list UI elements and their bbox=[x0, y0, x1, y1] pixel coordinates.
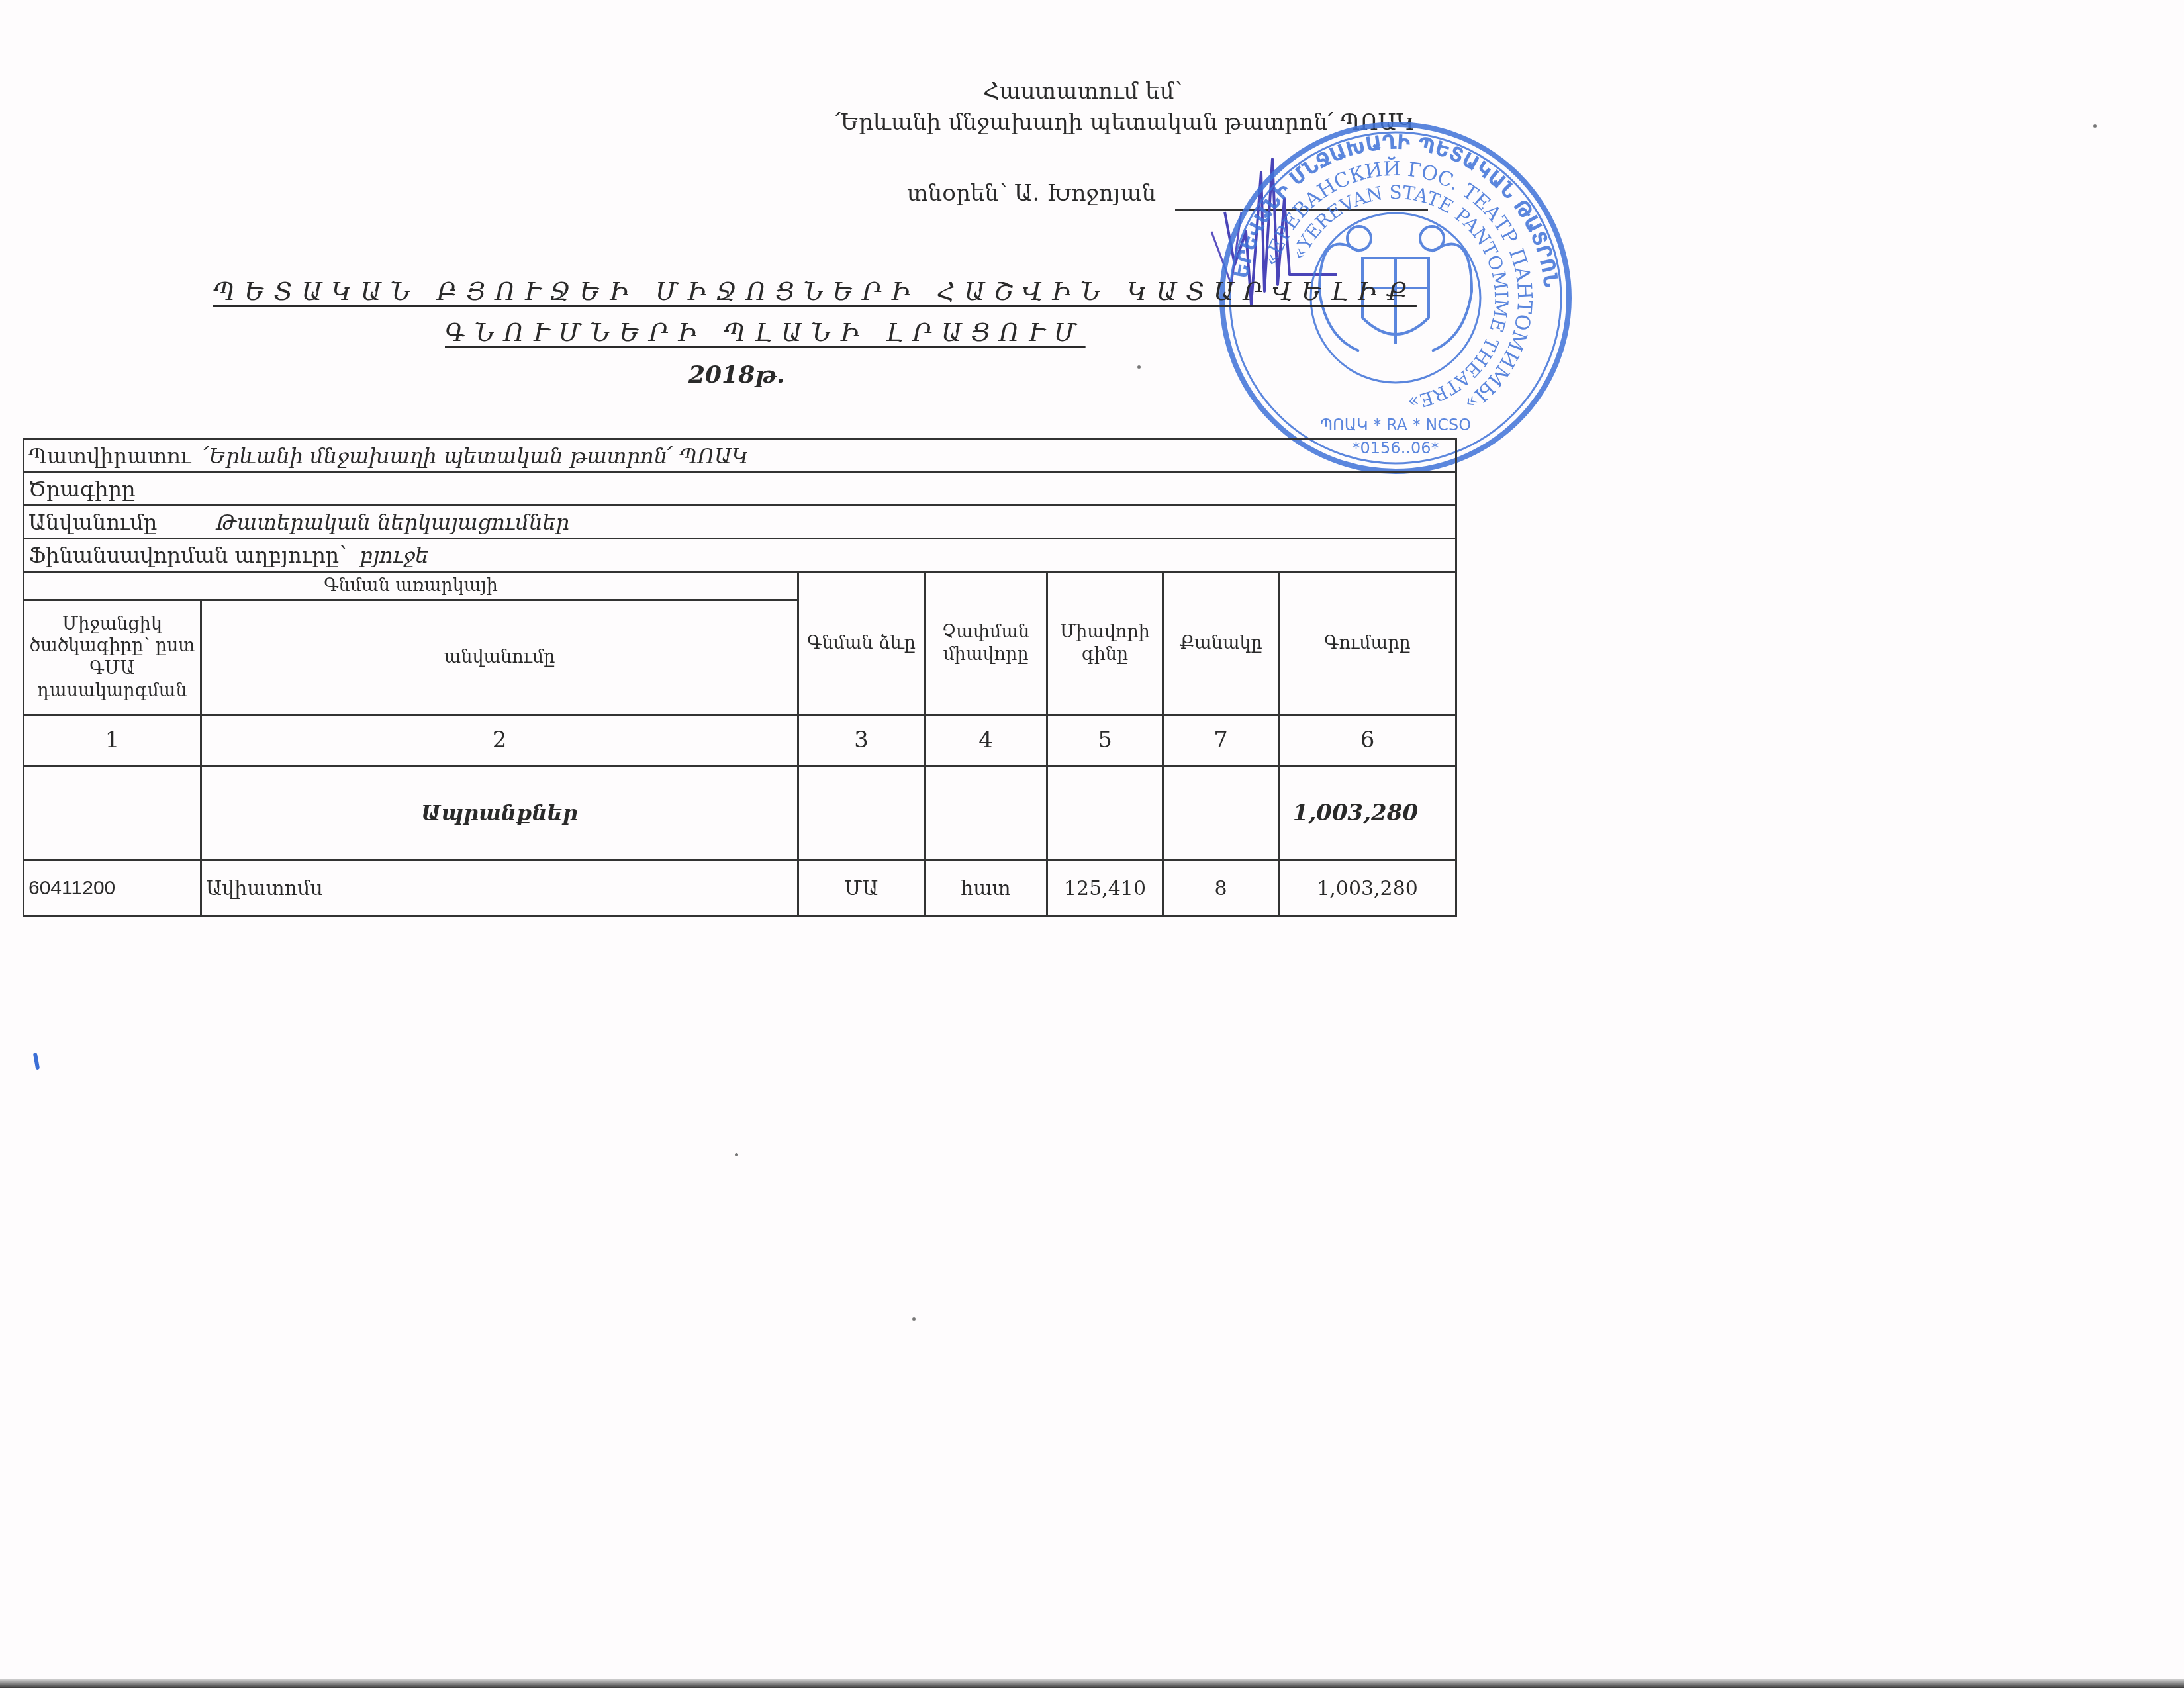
item-name: Ավիատոմս bbox=[201, 861, 798, 917]
column-number: 1 bbox=[24, 715, 201, 766]
header-cpv-code: Միջանցիկ ծածկագիրը՝ ըստ ԳՄԱ դասակարգման bbox=[24, 600, 201, 715]
column-number-row: 1 2 3 4 5 7 6 bbox=[24, 715, 1456, 766]
approval-label: Հաստատում եմ՝ bbox=[983, 78, 1182, 105]
name-value: Թատերական ներկայացումներ bbox=[216, 510, 569, 535]
header-procurement-method: Գնման ձևը bbox=[798, 572, 925, 715]
name-label: Անվանումը bbox=[28, 510, 157, 535]
info-row-name: Անվանումը Թատերական ներկայացումներ bbox=[24, 506, 1456, 539]
customer-label: Պատվիրատու bbox=[28, 444, 191, 469]
header-name: անվանումը bbox=[201, 600, 798, 715]
table-header-group: Գնման առարկայի Գնման ձևը Չափման միավորը … bbox=[24, 572, 1456, 600]
document-title-line1: ՊԵՏԱԿԱՆ ԲՅՈՒՋԵԻ ՄԻՋՈՑՆԵՐԻ ՀԱՇՎԻՆ ԿԱՏԱՐՎԵ… bbox=[213, 277, 1417, 306]
header-amount: Գումարը bbox=[1279, 572, 1456, 715]
category-name: Ապրանքներ bbox=[201, 766, 798, 861]
table-row: 60411200 Ավիատոմս ՄԱ հատ 125,410 8 1,003… bbox=[24, 861, 1456, 917]
column-number: 7 bbox=[1163, 715, 1279, 766]
item-cpv-code: 60411200 bbox=[24, 861, 201, 917]
item-unit: հատ bbox=[925, 861, 1047, 917]
header-quantity: Քանակը bbox=[1163, 572, 1279, 715]
program-label: Ծրագիրը bbox=[28, 477, 136, 502]
header-unit: Չափման միավորը bbox=[925, 572, 1047, 715]
column-number: 6 bbox=[1279, 715, 1456, 766]
item-quantity: 8 bbox=[1163, 861, 1279, 917]
column-number: 2 bbox=[201, 715, 798, 766]
category-total: 1,003,280 bbox=[1279, 766, 1456, 861]
scan-speck bbox=[912, 1317, 916, 1321]
scan-speck bbox=[1137, 365, 1141, 369]
header-procurement-subject: Գնման առարկայի bbox=[24, 572, 798, 600]
item-amount: 1,003,280 bbox=[1279, 861, 1456, 917]
procurement-plan-table: Պատվիրատու ՛Երևանի մնջախաղի պետական թատր… bbox=[23, 438, 1457, 917]
scan-speck bbox=[2093, 124, 2097, 128]
stamp-bottom-text: ՊՈԱԿ * RA * NCSO bbox=[1320, 416, 1471, 434]
approval-director: տնօրեն՝ Ա. Խոջոյան bbox=[907, 180, 1156, 207]
scanner-edge bbox=[0, 1679, 2184, 1688]
customer-value: ՛Երևանի մնջախաղի պետական թատրոն՛ ՊՈԱԿ bbox=[204, 444, 749, 469]
document-title-line2: ԳՆՈՒՄՆԵՐԻ ՊԼԱՆԻ ԼՐԱՑՈՒՄ bbox=[445, 318, 1086, 347]
funding-label: Ֆինանսավորման աղբյուրը՝ bbox=[28, 543, 347, 568]
item-unit-price: 125,410 bbox=[1047, 861, 1163, 917]
column-number: 5 bbox=[1047, 715, 1163, 766]
funding-value: բյուջե bbox=[359, 543, 428, 568]
column-number: 3 bbox=[798, 715, 925, 766]
header-unit-price: Միավորի գինը bbox=[1047, 572, 1163, 715]
scan-ink-mark bbox=[33, 1053, 40, 1070]
item-procurement-method: ՄԱ bbox=[798, 861, 925, 917]
info-row-program: Ծրագիրը bbox=[24, 473, 1456, 506]
document-year: 2018թ. bbox=[688, 361, 784, 389]
column-number: 4 bbox=[925, 715, 1047, 766]
info-row-customer: Պատվիրատու ՛Երևանի մնջախաղի պետական թատր… bbox=[24, 440, 1456, 473]
category-row: Ապրանքներ 1,003,280 bbox=[24, 766, 1456, 861]
scan-speck bbox=[735, 1153, 738, 1156]
info-row-funding: Ֆինանսավորման աղբյուրը՝ բյուջե bbox=[24, 539, 1456, 572]
